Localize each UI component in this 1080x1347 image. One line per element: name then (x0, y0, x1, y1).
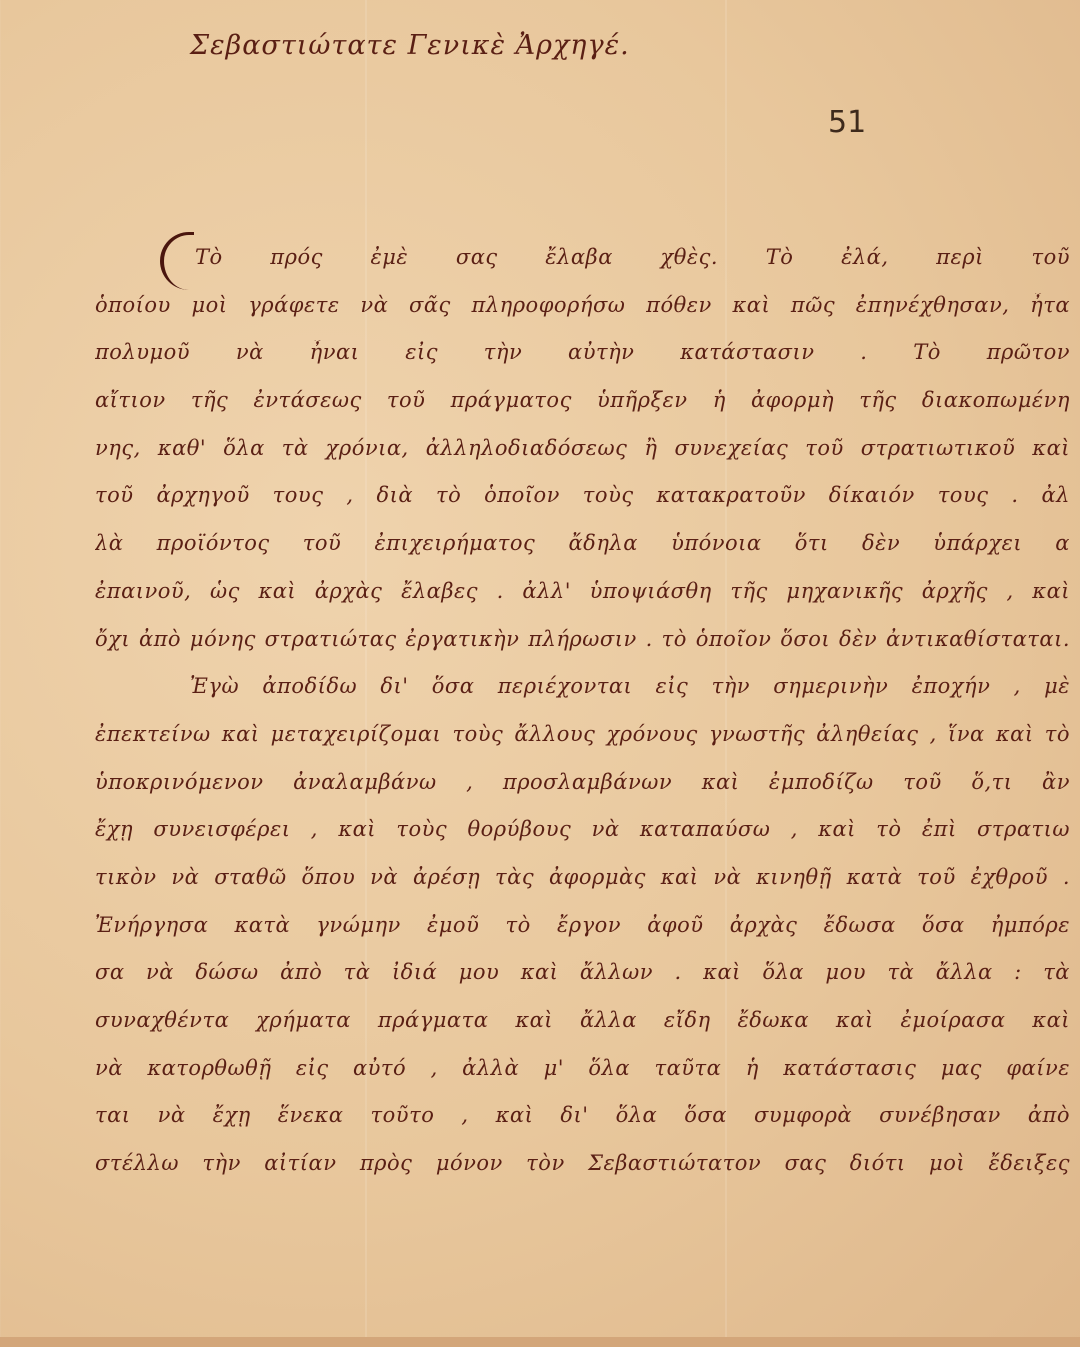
text-line: πολυμοῦ νὰ ἦναι εἰς τὴν αὐτὴν κατάστασιν… (95, 340, 1070, 388)
text-line: ὄχι ἀπὸ μόνης στρατιώτας ἐργατικὴν πλήρω… (95, 627, 1070, 675)
text-line: ὑποκρινόμενον ἀναλαμβάνω , προσλαμβάνων … (95, 770, 1070, 818)
text-line: ἔχῃ συνεισφέρει , καὶ τοὺς θορύβους νὰ κ… (95, 817, 1070, 865)
paper-bottom-edge (0, 1337, 1080, 1347)
text-line: Ἐνήργησα κατὰ γνώμην ἐμοῦ τὸ ἔργον ἀφοῦ … (95, 913, 1070, 961)
text-line: ται νὰ ἔχῃ ἕνεκα τοῦτο , καὶ δι' ὅλα ὅσα… (95, 1103, 1070, 1151)
text-line: ἐπαινοῦ, ὡς καὶ ἀρχὰς ἔλαβες . ἀλλ' ὑποψ… (95, 579, 1070, 627)
text-line: Ἐγὼ ἀποδίδω δι' ὅσα περιέχονται εἰς τὴν … (95, 674, 1070, 722)
text-line: νὰ κατορθωθῇ εἰς αὐτό , ἀλλὰ μ' ὅλα ταῦτ… (95, 1056, 1070, 1104)
text-line: ὁποίου μοὶ γράφετε νὰ σᾶς πληροφορήσω πό… (95, 293, 1070, 341)
text-line: ἐπεκτείνω καὶ μεταχειρίζομαι τοὺς ἄλλους… (95, 722, 1070, 770)
text-line: συναχθέντα χρήματα πράγματα καὶ ἄλλα εἴδ… (95, 1008, 1070, 1056)
folio-number: 51 (828, 105, 866, 140)
text-line: τοῦ ἀρχηγοῦ τους , διὰ τὸ ὁποῖον τοὺς κα… (95, 483, 1070, 531)
letter-salutation: Σεβαστιώτατε Γενικὲ Ἀρχηγέ. (190, 30, 630, 61)
text-line: Τὸ πρός ἐμὲ σας ἔλαβα χθὲς. Τὸ ἐλά, περὶ… (95, 245, 1070, 293)
letter-body: Τὸ πρός ἐμὲ σας ἔλαβα χθὲς. Τὸ ἐλά, περὶ… (95, 245, 1070, 1199)
text-line: σα νὰ δώσω ἀπὸ τὰ ἰδιά μου καὶ ἄλλων . κ… (95, 960, 1070, 1008)
text-line: τικὸν νὰ σταθῶ ὅπου νὰ ἀρέσῃ τὰς ἀφορμὰς… (95, 865, 1070, 913)
text-line: αἴτιον τῆς ἐντάσεως τοῦ πράγματος ὑπῆρξε… (95, 388, 1070, 436)
text-line: στέλλω τὴν αἰτίαν πρὸς μόνον τὸν Σεβαστι… (95, 1151, 1070, 1199)
text-line: νης, καθ' ὅλα τὰ χρόνια, ἀλληλοδιαδόσεως… (95, 436, 1070, 484)
text-line: λὰ προϊόντος τοῦ ἐπιχειρήματος ἄδηλα ὑπό… (95, 531, 1070, 579)
manuscript-page: Σεβαστιώτατε Γενικὲ Ἀρχηγέ. 51 Τὸ πρός ἐ… (0, 0, 1080, 1347)
